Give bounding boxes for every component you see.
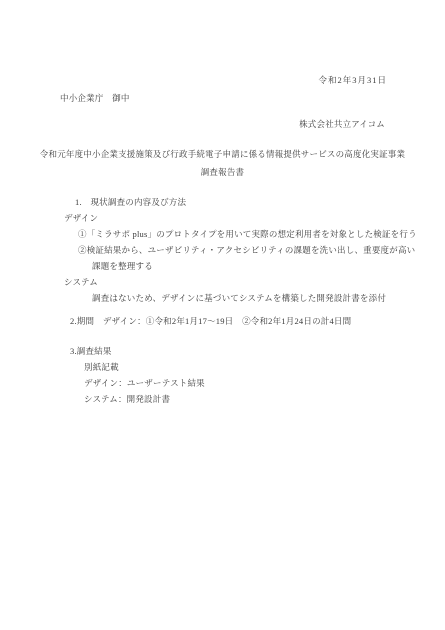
section-3-design-result: デザイン：ユーザーテスト結果 [84, 375, 445, 391]
section-1-design-point-2: ②検証結果から、ユーザビリティ・アクセシビリティの課題を洗い出し、重要度が高い [78, 242, 445, 258]
document-date: 令和2年3月31日 [0, 72, 445, 88]
section-1-design-label: デザイン [64, 210, 445, 226]
section-1-system-label: システム [64, 274, 445, 290]
section-1-system-note: 調査はないため、デザインに基づいてシステムを構築した開発設計書を添付 [92, 290, 445, 306]
section-1-design-point-1: ①「ミラサポ plus」のプロトタイプを用いて実際の想定利用者を対象とした検証を… [78, 226, 445, 242]
document-page: 令和2年3月31日 中小企業庁 御中 株式会社共立アイコム 令和元年度中小企業支… [0, 0, 445, 630]
sender-company-name: 株式会社共立アイコム [0, 116, 445, 132]
section-1-heading: 1. 現状調査の内容及び方法 [75, 194, 445, 210]
document-title: 令和元年度中小企業支援施策及び行政手続電子申請に係る情報提供サービスの高度化実証… [0, 146, 445, 162]
section-3-attachment-note: 別紙記載 [84, 359, 445, 375]
section-3-system-result: システム：開発設計書 [84, 391, 445, 407]
section-3-heading: 3.調査結果 [70, 343, 445, 359]
section-2-heading: 2.期間 デザイン：①令和2年1月17～19日 ②令和2年1月24日の計4日間 [70, 313, 445, 329]
recipient-name: 中小企業庁 御中 [60, 90, 445, 106]
document-subtitle: 調査報告書 [0, 164, 445, 180]
section-1-design-point-2-continuation: 課題を整理する [92, 258, 445, 274]
